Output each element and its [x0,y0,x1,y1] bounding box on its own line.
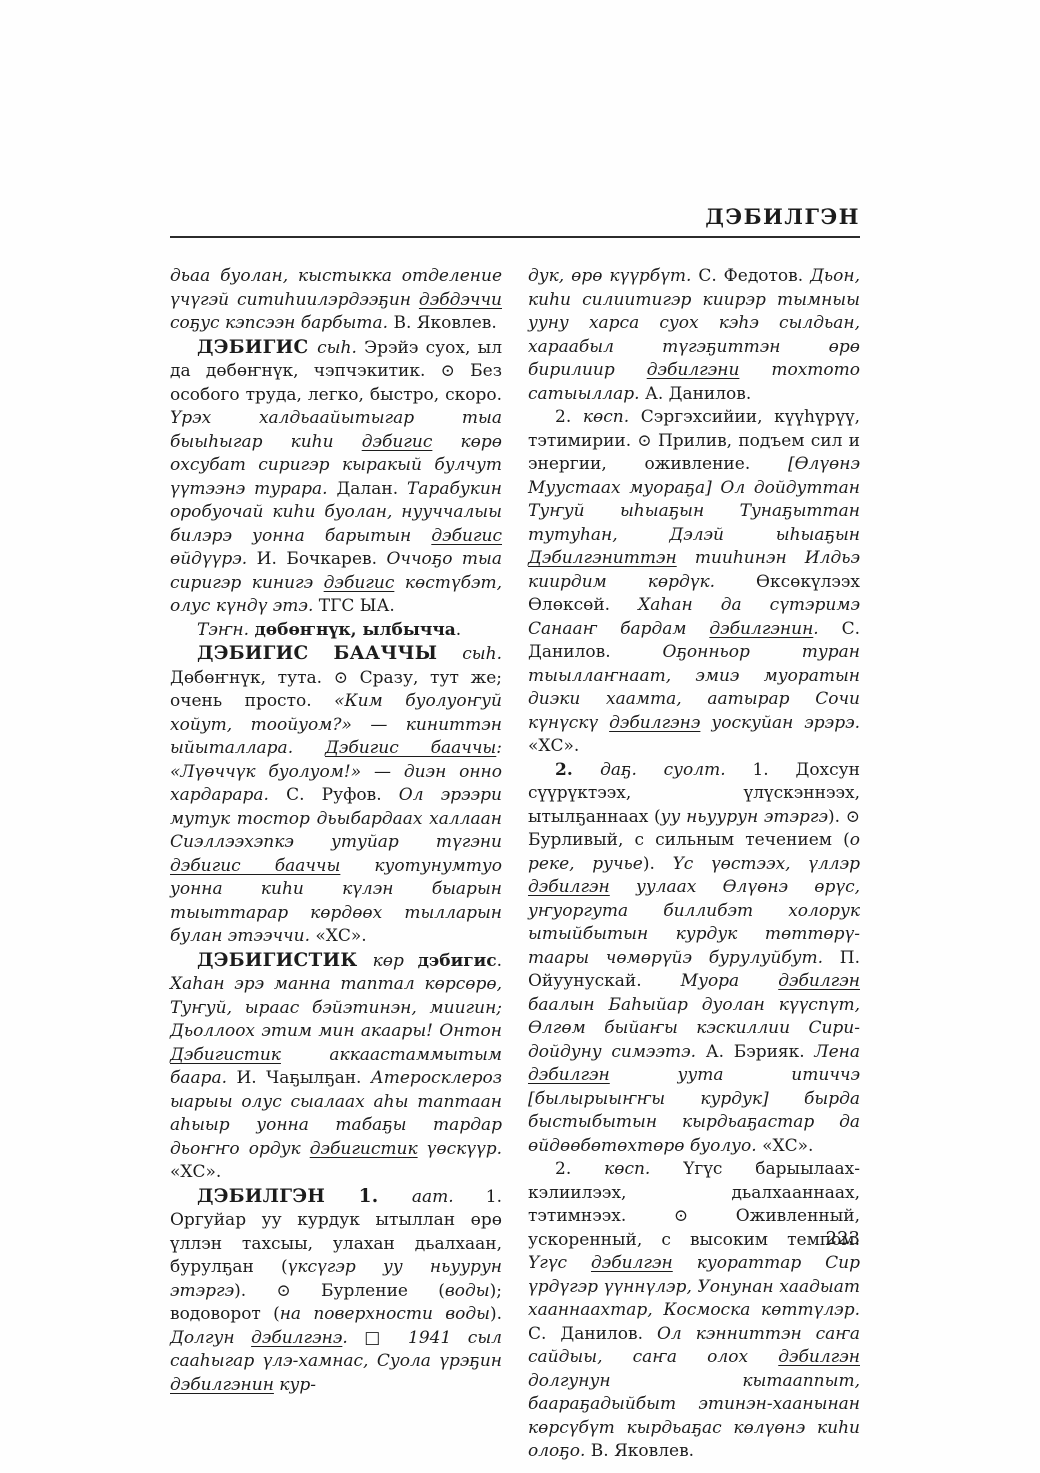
text-run: үөскүүр. [418,1139,502,1159]
text-run: 2. [555,1159,604,1179]
text-run: □ [364,1328,408,1348]
text-run: ). [490,1304,502,1324]
text-run: дэбилгэн [778,971,860,991]
text-run: көсп. [583,407,641,427]
text-run: «ХС». [762,1136,813,1156]
text-run: ДЭБИЛГЭН 1. [197,1186,412,1207]
page-number: 223 [826,1228,860,1249]
text-run: дэбилгэн [778,1347,860,1367]
text-run: дэбилгэнэ [609,713,700,733]
text-run: уу ньуурун этэргэ [661,807,828,827]
text-run: аат. [412,1187,486,1207]
paragraph: 2. көсп. Үгүс барыылаах-кэлиилээх, дьалх… [528,1158,860,1464]
text-run: Тэҥн. [197,620,254,640]
text-run: соҕус кэпсээн барбыта. [170,313,393,333]
text-run: . [456,620,461,640]
column-right: дук, өрө күүрбүт. С. Федотов. Дьон, киһи… [528,265,860,1464]
column-left: дьаа буолан, кыстыкка отделение үчүгэй с… [170,265,502,1464]
text-columns: дьаа буолан, кыстыкка отделение үчүгэй с… [170,265,860,1464]
text-run: . [813,619,841,639]
text-run: дөбөҥнүк, ылбычча [254,620,455,640]
text-run: дэбигис [431,526,502,546]
text-run: . [342,1328,364,1348]
text-run: Дэбилгэниттэн [528,548,677,568]
text-run: И. Чаҕылҕан. [236,1068,370,1088]
text-run: кур- [274,1375,316,1395]
paragraph: ДЭБИГИСТИК көр дэбигис. Хаһан эрэ манна … [170,949,502,1185]
text-run: дэбилгэн [528,1065,610,1085]
paragraph: дьаа буолан, кыстыкка отделение үчүгэй с… [170,265,502,336]
text-run: С. Руфов. [286,785,399,805]
paragraph: ДЭБИЛГЭН 1. аат. 1. Оргуйар уу курдук ыт… [170,1185,502,1398]
running-head: ДЭБИЛГЭН [170,206,860,236]
text-run: дэбилгэнэ [251,1328,342,1348]
content-area: ДЭБИЛГЭН дьаа буолан, кыстыкка отделение… [170,206,860,1464]
paragraph: Тэҥн. дөбөҥнүк, ылбычча. [170,619,502,643]
text-run: көсп. [604,1159,683,1179]
paragraph: ДЭБИГИС сыһ. Эрэйэ суох, ыл да дөбөҥнүк,… [170,336,502,619]
page-header: ДЭБИЛГЭН [170,206,860,238]
text-run: ДЭБИГИС [197,337,317,358]
text-run: И. Бочкарев. [257,549,387,569]
text-run: дэбигис бааччы [170,856,340,876]
text-run: Лена [814,1042,860,1062]
text-run: дэбигис [418,951,497,971]
text-run: воды [445,1281,490,1301]
text-run: уоскуйан эрэрэ. [700,713,860,733]
text-run: сыһ. [317,338,364,358]
text-run: дэбилгэни [647,360,740,380]
text-run: дэбилгэн [528,877,610,897]
text-run: дэбилгэнин [709,619,813,639]
text-run: Хаһан эрэ манна таптал көрсөрө, Туҥуй, ы… [170,974,502,1041]
text-run: 2. [555,407,583,427]
text-run: дэбигис [362,432,433,452]
header-rule [170,236,860,238]
text-run: ). ⊙ Бурление ( [234,1281,445,1301]
text-run: В. Яковлев. [393,313,496,333]
text-run: дэбигис [324,573,395,593]
text-run: дэбилгэн [591,1253,673,1273]
text-run: . [497,951,502,971]
text-run: Үс үөстээх, үллэр [673,854,860,874]
text-run: «ХС». [170,1162,221,1182]
text-run: на поверхности воды [280,1304,490,1324]
text-run: Үгүс [528,1253,591,1273]
text-run: 2. [555,760,600,780]
paragraph: 2. даҕ. суолт. 1. Дохсун сүүрүктээх, үлү… [528,759,860,1159]
text-run: «ХС». [315,926,366,946]
text-run: Дэбигистик [170,1045,281,1065]
text-run: С. Федотов. [698,266,810,286]
text-run: ). [643,854,673,874]
text-run: сыһ. [462,644,502,664]
text-run: ТГС ЫА. [319,596,395,616]
text-run: даҕ. суолт. [600,760,752,780]
text-run: «ХС». [528,736,579,756]
paragraph: дук, өрө күүрбүт. С. Федотов. Дьон, киһи… [528,265,860,406]
text-run: Дэбигис бааччы [325,738,496,758]
paragraph: ДЭБИГИС БААЧЧЫ сыһ. Дөбөҥнүк, тута. ⊙ Ср… [170,642,502,949]
text-run: Долгун [170,1328,251,1348]
text-run: ДЭБИГИСТИК [197,950,373,971]
text-run: А. Данилов. [645,384,751,404]
text-run: дэбдэччи [419,290,502,310]
text-run: Муора [681,971,779,991]
paragraph: 2. көсп. Сэргэхсийии, күүһүрүү, тэтимири… [528,406,860,759]
text-run: В. Яковлев. [591,1441,694,1461]
text-run: С. Данилов. [528,1324,657,1344]
text-run: А. Бэрияк. [706,1042,815,1062]
text-run: дэбигистик [310,1139,418,1159]
text-run: дук, өрө күүрбүт. [528,266,698,286]
dictionary-page: ДЭБИЛГЭН дьаа буолан, кыстыкка отделение… [0,0,1040,1473]
text-run: Далан. [336,479,407,499]
text-run: көр [373,951,418,971]
text-run: өйдүүрэ. [170,549,257,569]
text-run: ДЭБИГИС БААЧЧЫ [197,643,462,664]
text-run: дэбилгэнин [170,1375,274,1395]
